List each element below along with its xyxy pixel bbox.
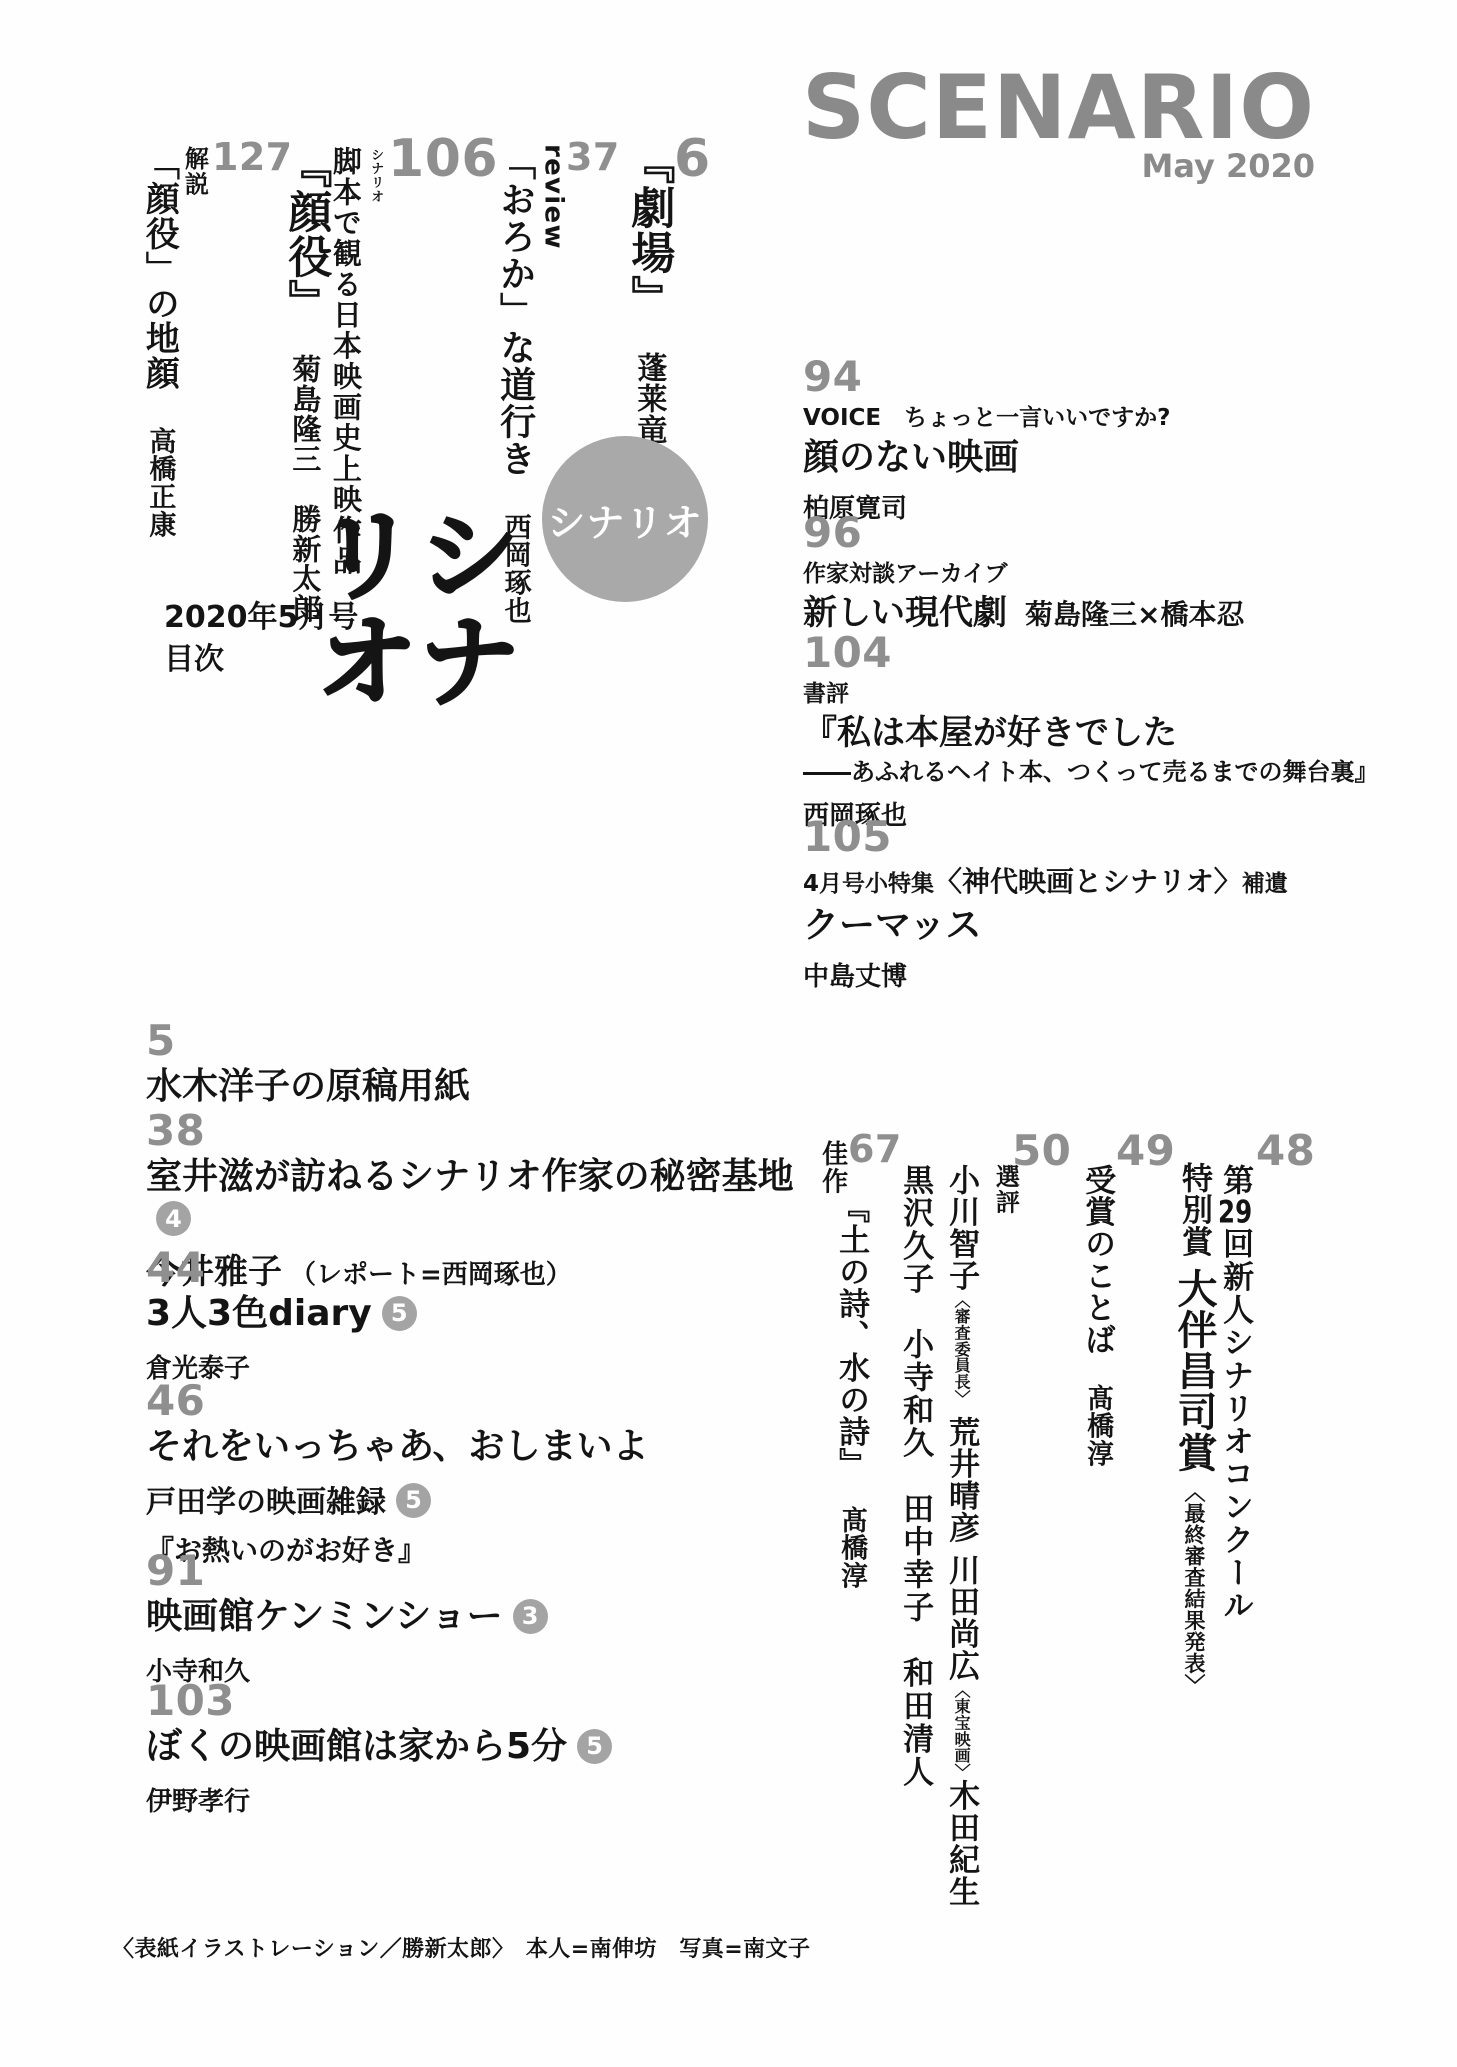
- feature-title: 『劇場』: [623, 140, 674, 320]
- entry-author: 髙橋淳: [1082, 1384, 1113, 1468]
- contest-award-title: 第29回新人シナリオコンクール: [1218, 1164, 1252, 1622]
- entry-kicker-post: 補遺: [1242, 871, 1288, 897]
- toc-entry-taidan: 96 作家対談アーカイブ 新しい現代劇菊島隆三×橋本忍: [803, 516, 1443, 635]
- entry-author: 菊島隆三×橋本忍: [1025, 598, 1244, 631]
- entry-author: 伊野孝行: [146, 1781, 766, 1818]
- page-number: 46: [146, 1384, 766, 1418]
- prize-label: 特別賞: [1176, 1162, 1212, 1258]
- feature-title: 「顔役」の地顔: [139, 146, 179, 391]
- entry-title: 3人3色diary: [146, 1293, 372, 1334]
- entry-title: ぼくの映画館は家から5分: [146, 1726, 567, 1767]
- entry-title: 顔のない映画: [803, 435, 1443, 482]
- series-number-badge: 5: [382, 1296, 417, 1331]
- entry-title: 『私は本屋が好きでした: [803, 711, 1443, 755]
- entry-author: 髙橋淳: [836, 1506, 867, 1590]
- page-number: 37: [566, 142, 620, 173]
- entry-title: 室井滋が訪ねるシナリオ作家の秘密基地: [146, 1156, 794, 1197]
- judge-name: 小川智子: [943, 1164, 979, 1292]
- award-title-pre: 第: [1217, 1164, 1253, 1197]
- entry-author: 倉光泰子: [146, 1348, 766, 1385]
- page-number: 103: [146, 1684, 766, 1718]
- toc-entry-mizuki: 5 水木洋子の原稿用紙: [146, 1024, 766, 1111]
- page-number: 91: [146, 1554, 766, 1588]
- entry-title: 受賞のことば: [1079, 1164, 1115, 1356]
- contest-kasaku-label: 佳作: [818, 1140, 847, 1195]
- toc-entry-eigakan: 103 ぼくの映画館は家から5分5 伊野孝行: [146, 1684, 766, 1818]
- entry-title: クーマッス: [803, 903, 1443, 950]
- page-number: 50: [1012, 1134, 1071, 1168]
- feature-ruby-label: シナリオ: [368, 148, 382, 203]
- contest-senpyo-label: 選評: [992, 1164, 1018, 1215]
- entry-kicker-pre: 4月号小特集: [803, 871, 934, 897]
- page-number: 106: [388, 138, 498, 181]
- page-number: 6: [674, 138, 711, 181]
- page-number: 104: [803, 636, 1443, 670]
- issue-label-line2: 目次: [164, 642, 358, 678]
- series-number-badge: 3: [513, 1599, 548, 1634]
- prize-note: 〈最終審査結果発表〉: [1182, 1481, 1206, 1695]
- entry-title: 水木洋子の原稿用紙: [146, 1064, 766, 1111]
- entry-kicker: 4月号小特集〈神代映画とシナリオ〉補遺: [803, 864, 1443, 899]
- issue-toc-label: 2020年5月号 目次: [164, 600, 358, 678]
- judge-note: 〈審査委員長〉: [952, 1292, 971, 1406]
- feature-kicker: 解説: [181, 146, 207, 197]
- award-title-number: 29: [1217, 1197, 1253, 1228]
- logo-char-ri: リ: [316, 504, 418, 610]
- contest-judges-column-2: 黒沢久子 小寺和久 田中幸子 和田清人: [898, 1164, 932, 1788]
- entry-title: 映画館ケンミンショー: [146, 1596, 503, 1637]
- toc-entry-kenmin: 91 映画館ケンミンショー3 小寺和久: [146, 1554, 766, 1688]
- entry-kicker: 書評: [803, 680, 1443, 709]
- judge-name: 川田尚広: [943, 1554, 979, 1682]
- toc-entry-toda: 46 それをいっちゃあ、おしまいよ 戸田学の映画雑録5 『お熱いのがお好き』: [146, 1384, 766, 1569]
- judge-name: 木田紀生: [943, 1780, 979, 1908]
- award-title-post: 回新人シナリオコンクール: [1217, 1228, 1253, 1622]
- prize-name: 大伴昌司賞: [1171, 1268, 1217, 1473]
- contest-kasaku: 『土の詩、水の詩』髙橋淳: [834, 1192, 868, 1590]
- toc-entry-shohyo: 104 書評 『私は本屋が好きでした ――あふれるヘイト本、つくって売るまでの舞…: [803, 636, 1443, 832]
- page-number: 96: [803, 516, 1443, 550]
- feature-kicker-review: review: [539, 144, 568, 250]
- masthead-date: May 2020: [1141, 150, 1315, 182]
- page-number: 105: [803, 820, 1443, 854]
- issue-label-line1: 2020年5月号: [164, 600, 358, 636]
- page-number: 94: [803, 360, 1443, 394]
- page-number: 48: [1256, 1134, 1315, 1168]
- page-number: 67: [848, 1134, 902, 1165]
- toc-entry-hoi: 105 4月号小特集〈神代映画とシナリオ〉補遺 クーマッス 中島丈博: [803, 820, 1443, 993]
- feature-title: 「おろか」な道行き: [495, 144, 536, 477]
- series-number-badge: 4: [156, 1201, 191, 1236]
- logo-char-na: ナ: [418, 610, 520, 716]
- series-number-badge: 5: [396, 1483, 431, 1518]
- judge-name: 荒井晴彦: [943, 1416, 979, 1544]
- contest-kotoba: 受賞のことば髙橋淳: [1080, 1164, 1114, 1468]
- page-number: 38: [146, 1114, 826, 1148]
- feature-title: 『顔役』: [280, 144, 331, 324]
- toc-entry-voice: 94 VOICE ちょっと一言いいですか? 顔のない映画 柏原寛司: [803, 360, 1443, 525]
- judge-note: 〈東宝映画〉: [952, 1682, 971, 1780]
- scenario-circle-badge: シナリオ: [542, 436, 708, 602]
- feature-author: 高橋正康: [144, 427, 175, 539]
- circle-badge-text: シナリオ: [547, 492, 703, 547]
- feature-kaisetsu: 「顔役」の地顔高橋正康: [140, 146, 177, 539]
- masthead-logo: SCENARIO: [802, 64, 1315, 152]
- entry-subtitle: ――あふれるヘイト本、つくって売るまでの舞台裏』: [803, 757, 1443, 788]
- logo-char-shi: シ: [418, 504, 520, 610]
- entry-kicker: 作家対談アーカイブ: [803, 560, 1443, 589]
- feature-gekijo: 『劇場』蓬莱竜太: [624, 140, 672, 475]
- entry-title: 『土の詩、水の詩』: [833, 1192, 869, 1480]
- toc-entry-diary: 44 3人3色diary5 倉光泰子: [146, 1251, 766, 1385]
- entry-author: 中島丈博: [803, 956, 1443, 993]
- entry-title: それをいっちゃあ、おしまいよ: [146, 1424, 766, 1471]
- page-number: 49: [1116, 1134, 1175, 1168]
- page-number: 44: [146, 1251, 766, 1285]
- cover-credit: 〈表紙イラストレーション／勝新太郎〉 本人=南伸坊 写真=南文子: [112, 1932, 810, 1963]
- contest-award-prize: 特別賞大伴昌司賞〈最終審査結果発表〉: [1172, 1162, 1216, 1695]
- page-number: 5: [146, 1024, 766, 1058]
- entry-kicker-em: 〈神代映画とシナリオ〉: [934, 865, 1242, 898]
- magazine-toc-page: SCENARIO May 2020 127 解説 「顔役」の地顔高橋正康 106…: [0, 0, 1457, 2067]
- entry-subtitle: 戸田学の映画雑録: [146, 1485, 386, 1520]
- series-number-badge: 5: [577, 1729, 612, 1764]
- contest-judges-column-1: 小川智子〈審査委員長〉荒井晴彦川田尚広〈東宝映画〉木田紀生: [944, 1164, 978, 1908]
- entry-kicker: VOICE ちょっと一言いいですか?: [803, 404, 1443, 433]
- entry-author: 小寺和久: [146, 1651, 766, 1688]
